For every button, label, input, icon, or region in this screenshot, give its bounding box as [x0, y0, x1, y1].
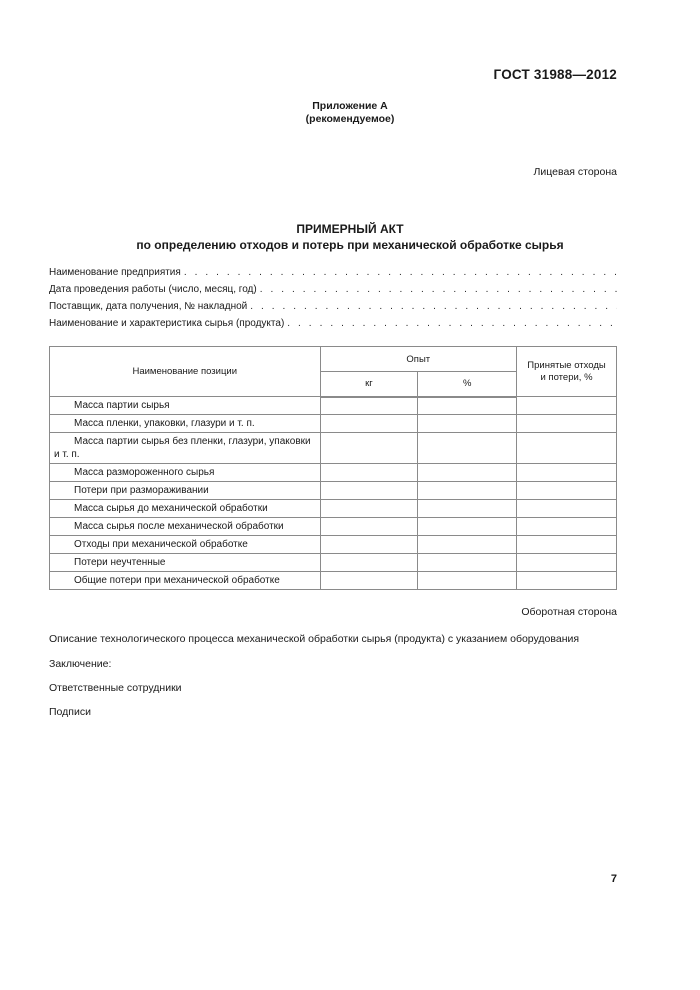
cell-percent[interactable]: [418, 482, 517, 500]
cell-percent[interactable]: [418, 572, 517, 590]
back-side-label: Оборотная сторона: [521, 606, 617, 618]
dot-leader: . . . . . . . . . . . . . . . . . . . . …: [260, 281, 617, 298]
signatures: Подписи: [49, 706, 91, 718]
row-name: Масса сырья после механической обработки: [50, 518, 321, 536]
cell-kg[interactable]: [320, 518, 418, 536]
table-row: Масса партии сырья без пленки, глазури, …: [50, 433, 617, 464]
process-description: Описание технологического процесса механ…: [49, 633, 579, 645]
field-label: Наименование предприятия: [49, 264, 184, 281]
cell-accepted[interactable]: [517, 554, 617, 572]
row-name: Потери неучтенные: [50, 554, 321, 572]
cell-percent[interactable]: [418, 554, 517, 572]
appendix-status: (рекомендуемое): [250, 113, 450, 126]
dot-leader: . . . . . . . . . . . . . . . . . . . . …: [250, 298, 617, 315]
table-row: Потери при размораживании: [50, 482, 617, 500]
field-label: Поставщик, дата получения, № накладной: [49, 298, 250, 315]
field-label: Дата проведения работы (число, месяц, го…: [49, 281, 260, 298]
field-date[interactable]: Дата проведения работы (число, месяц, го…: [49, 281, 617, 298]
cell-kg[interactable]: [320, 554, 418, 572]
table-row: Отходы при механической обработке: [50, 536, 617, 554]
header-accepted: Принятые отходы и потери, %: [517, 347, 617, 397]
table-row: Масса партии сырья: [50, 397, 617, 415]
act-fields: Наименование предприятия . . . . . . . .…: [49, 264, 617, 332]
row-name: Масса размороженного сырья: [50, 464, 321, 482]
losses-table: Наименование позиции Опыт Принятые отход…: [49, 346, 617, 590]
cell-accepted[interactable]: [517, 572, 617, 590]
cell-accepted[interactable]: [517, 464, 617, 482]
cell-kg[interactable]: [320, 536, 418, 554]
field-supplier[interactable]: Поставщик, дата получения, № накладной .…: [49, 298, 617, 315]
header-kg: кг: [320, 372, 418, 397]
act-title: ПРИМЕРНЫЙ АКТ по определению отходов и п…: [0, 221, 700, 253]
act-title-line1: ПРИМЕРНЫЙ АКТ: [0, 221, 700, 237]
row-name: Масса пленки, упаковки, глазури и т. п.: [50, 415, 321, 433]
cell-accepted[interactable]: [517, 482, 617, 500]
table-row: Потери неучтенные: [50, 554, 617, 572]
cell-percent[interactable]: [418, 415, 517, 433]
cell-kg[interactable]: [320, 415, 418, 433]
table-row: Масса размороженного сырья: [50, 464, 617, 482]
row-name: Потери при размораживании: [50, 482, 321, 500]
cell-kg[interactable]: [320, 572, 418, 590]
cell-kg[interactable]: [320, 500, 418, 518]
row-name: Общие потери при механической обработке: [50, 572, 321, 590]
header-experiment: Опыт: [320, 347, 517, 372]
cell-kg[interactable]: [320, 397, 418, 415]
cell-accepted[interactable]: [517, 415, 617, 433]
cell-accepted[interactable]: [517, 518, 617, 536]
table-row: Общие потери при механической обработке: [50, 572, 617, 590]
dot-leader: . . . . . . . . . . . . . . . . . . . . …: [287, 315, 617, 332]
dot-leader: . . . . . . . . . . . . . . . . . . . . …: [184, 264, 617, 281]
cell-accepted[interactable]: [517, 433, 617, 464]
conclusion: Заключение:: [49, 658, 111, 670]
cell-accepted[interactable]: [517, 500, 617, 518]
table-row: Масса сырья после механической обработки: [50, 518, 617, 536]
row-name: Отходы при механической обработке: [50, 536, 321, 554]
header-percent: %: [418, 372, 517, 397]
row-name: Масса партии сырья без пленки, глазури, …: [50, 433, 321, 464]
responsible-staff: Ответственные сотрудники: [49, 682, 182, 694]
act-title-line2: по определению отходов и потерь при меха…: [0, 237, 700, 253]
cell-percent[interactable]: [418, 464, 517, 482]
cell-kg[interactable]: [320, 482, 418, 500]
cell-percent[interactable]: [418, 536, 517, 554]
cell-percent[interactable]: [418, 518, 517, 536]
table-row: Масса сырья до механической обработки: [50, 500, 617, 518]
field-enterprise[interactable]: Наименование предприятия . . . . . . . .…: [49, 264, 617, 281]
field-label: Наименование и характеристика сырья (про…: [49, 315, 287, 332]
cell-percent[interactable]: [418, 397, 517, 415]
cell-kg[interactable]: [320, 464, 418, 482]
table-row: Масса пленки, упаковки, глазури и т. п.: [50, 415, 617, 433]
appendix-heading: Приложение А (рекомендуемое): [250, 100, 450, 126]
row-name: Масса партии сырья: [50, 397, 321, 415]
cell-kg[interactable]: [320, 433, 418, 464]
cell-percent[interactable]: [418, 500, 517, 518]
cell-percent[interactable]: [418, 433, 517, 464]
appendix-title: Приложение А: [250, 100, 450, 113]
front-side-label: Лицевая сторона: [534, 166, 618, 178]
cell-accepted[interactable]: [517, 397, 617, 415]
row-name: Масса сырья до механической обработки: [50, 500, 321, 518]
cell-accepted[interactable]: [517, 536, 617, 554]
document-code: ГОСТ 31988—2012: [494, 67, 617, 82]
field-raw-material[interactable]: Наименование и характеристика сырья (про…: [49, 315, 617, 332]
header-position: Наименование позиции: [50, 347, 321, 397]
page-number: 7: [611, 873, 617, 885]
